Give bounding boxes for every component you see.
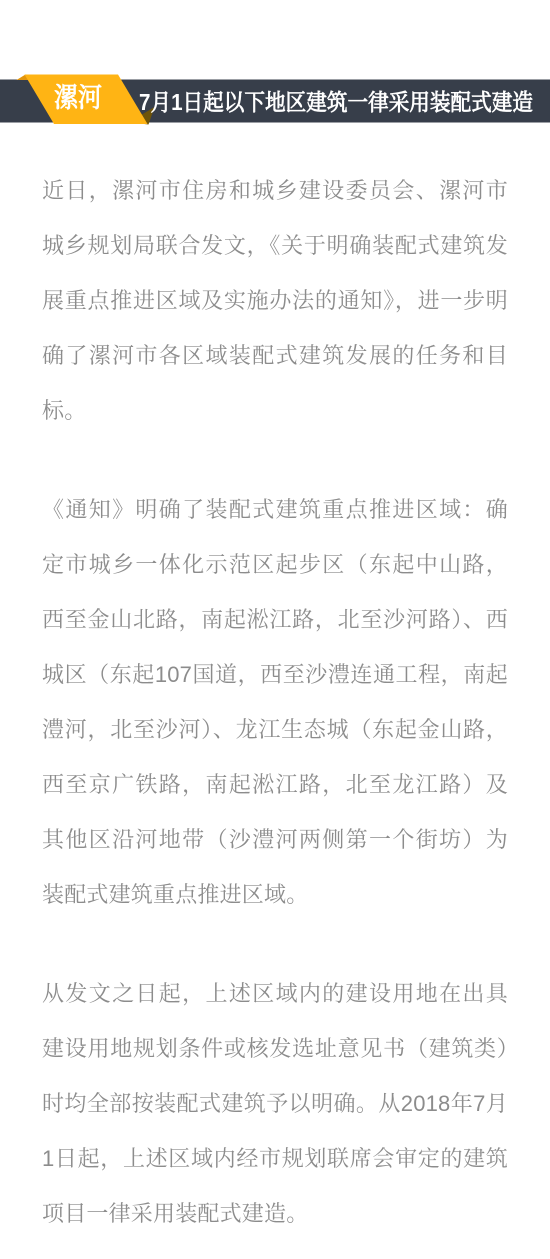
paragraph-intro: 近日，漯河市住房和城乡建设委员会、漯河市城乡规划局联合发文，《关于明确装配式建筑… <box>42 163 508 438</box>
header-banner: 漯河 7月1日起以下地区建筑一律采用装配式建造 <box>0 0 550 140</box>
article-body: 近日，漯河市住房和城乡建设委员会、漯河市城乡规划局联合发文，《关于明确装配式建筑… <box>42 163 508 1241</box>
article-page: 漯河 7月1日起以下地区建筑一律采用装配式建造 近日，漯河市住房和城乡建设委员会… <box>0 0 550 1259</box>
paragraph-implementation: 从发文之日起，上述区域内的建设用地在出具建设用地规划条件或核发选址意见书（建筑类… <box>42 966 508 1241</box>
paragraph-key-zones: 《通知》明确了装配式建筑重点推进区域：确定市城乡一体化示范区起步区（东起中山路，… <box>42 482 508 922</box>
banner-title: 7月1日起以下地区建筑一律采用装配式建造 <box>139 89 533 115</box>
ribbon-label: 漯河 <box>54 83 102 113</box>
